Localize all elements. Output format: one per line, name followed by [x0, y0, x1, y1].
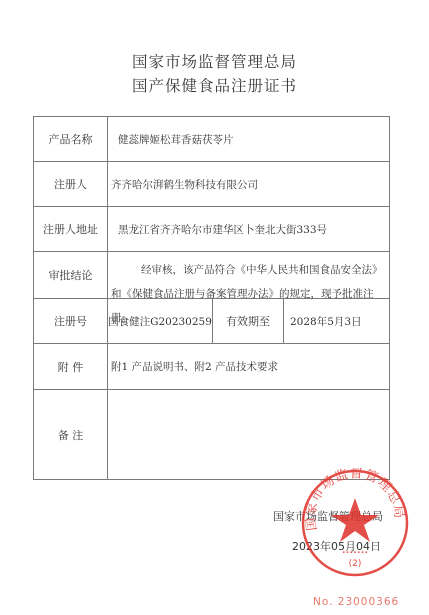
certificate-title: 国产保健食品注册证书: [0, 74, 429, 96]
official-seal-icon: 国家市场监督管理总局 ∙∙∙∙∙∙∙ (2): [300, 468, 410, 578]
valid-until-value: 2028年5月3日: [284, 299, 389, 343]
approval-conclusion-label: 审批结论: [34, 252, 108, 298]
remarks-label: 备 注: [34, 390, 108, 480]
registrant-value: 齐齐哈尔湃鹤生物科技有限公司: [108, 162, 389, 206]
row-product-name: 产品名称 健蕊牌姬松茸香菇茯苓片: [34, 117, 389, 162]
valid-until-label: 有效期至: [213, 299, 284, 343]
row-attachments: 附 件 附1 产品说明书、附2 产品技术要求: [34, 344, 389, 390]
registrant-label: 注册人: [34, 162, 108, 206]
row-remarks: 备 注: [34, 390, 389, 480]
remarks-value: [108, 390, 389, 480]
product-name-value: 健蕊牌姬松茸香菇茯苓片: [108, 117, 389, 161]
agency-title: 国家市场监督管理总局: [0, 50, 429, 72]
row-registrant: 注册人 齐齐哈尔湃鹤生物科技有限公司: [34, 162, 389, 207]
row-approval-conclusion: 审批结论 经审核，该产品符合《中华人民共和国食品安全法》和《保健食品注册与备案管…: [34, 252, 389, 299]
attachments-value: 附1 产品说明书、附2 产品技术要求: [108, 344, 389, 389]
serial-number: No. 23000366: [313, 596, 399, 608]
registrant-address-label: 注册人地址: [34, 207, 108, 251]
product-name-label: 产品名称: [34, 117, 108, 161]
row-registrant-address: 注册人地址 黑龙江省齐齐哈尔市建华区卜奎北大街333号: [34, 207, 389, 252]
row-registration: 注册号 国食健注G20230259 有效期至 2028年5月3日: [34, 299, 389, 344]
registrant-address-value: 黑龙江省齐齐哈尔市建华区卜奎北大街333号: [108, 207, 389, 251]
certificate-table: 产品名称 健蕊牌姬松茸香菇茯苓片 注册人 齐齐哈尔湃鹤生物科技有限公司 注册人地…: [33, 116, 390, 480]
attachments-label: 附 件: [34, 344, 108, 389]
registration-number-label: 注册号: [34, 299, 108, 343]
registration-number-value: 国食健注G20230259: [108, 299, 213, 343]
svg-text:∙∙∙∙∙∙∙: ∙∙∙∙∙∙∙: [342, 549, 368, 556]
stamp-sub: (2): [349, 559, 362, 569]
